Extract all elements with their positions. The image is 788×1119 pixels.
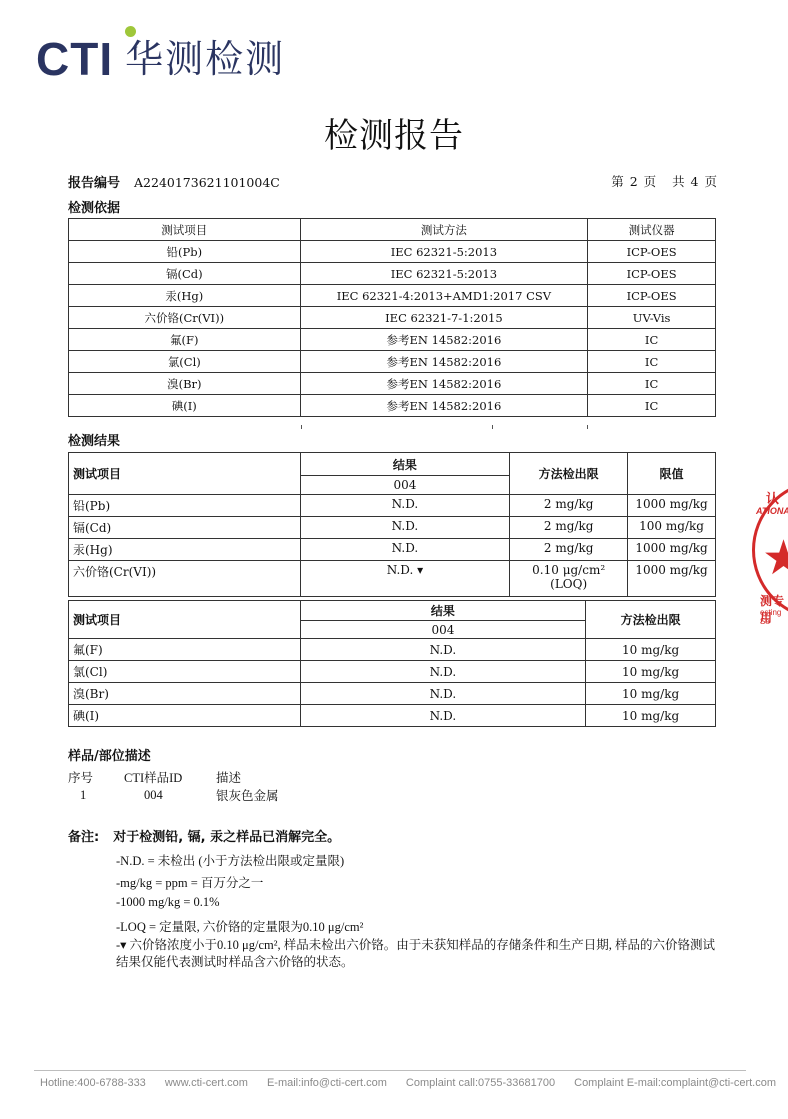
result-limit: 100 mg/kg <box>628 517 716 539</box>
tick-mark <box>492 425 493 429</box>
page-info: 第 2 页 共 4 页 <box>611 172 718 190</box>
notes-header: 备注: 对于检测铅, 镉, 汞之样品已消解完全。 <box>68 826 716 845</box>
sample-list: 序号 CTI样品ID 描述 1 004 银灰色金属 <box>68 768 416 804</box>
header-item: 测试项目 <box>69 601 301 639</box>
table-row: 铅(Pb)N.D.2 mg/kg1000 mg/kg <box>69 495 716 517</box>
notes-label: 备注: <box>68 826 99 845</box>
result-item: 氯(Cl) <box>69 661 301 683</box>
note-line: -N.D. = 未检出 (小于方法检出限或定量限) <box>116 851 716 867</box>
result-item: 碘(I) <box>69 705 301 727</box>
table-row: 镉(Cd)N.D.2 mg/kg100 mg/kg <box>69 517 716 539</box>
basis-instrument: ICP-OES <box>588 263 716 285</box>
basis-table: 测试项目 测试方法 测试仪器 铅(Pb)IEC 62321-5:2013ICP-… <box>68 218 716 417</box>
footer-complaint-email-link[interactable]: Complaint E-mail:complaint@cti-cert.com <box>574 1077 776 1089</box>
notes-headline: 对于检测铅, 镉, 汞之样品已消解完全。 <box>113 826 340 845</box>
sample-header-desc: 描述 <box>216 768 416 786</box>
tick-mark <box>301 425 302 429</box>
result-mdl: 2 mg/kg <box>510 517 628 539</box>
table-row: 氯(Cl)N.D.10 mg/kg <box>69 661 716 683</box>
logo-dot-icon <box>125 26 136 37</box>
result-value: N.D. <box>300 539 510 561</box>
result-item: 镉(Cd) <box>69 517 301 539</box>
table-row: 溴(Br)N.D.10 mg/kg <box>69 683 716 705</box>
result-value: N.D. ▾ <box>300 561 510 597</box>
basis-instrument: IC <box>588 395 716 417</box>
table-row: 碘(I)参考EN 14582:2016IC <box>69 395 716 417</box>
logo-brand: CTI <box>36 36 113 82</box>
stamp-text: ATIONA <box>756 506 788 516</box>
basis-item: 氯(Cl) <box>69 351 301 373</box>
table-row: 六价铬(Cr(VI)) N.D. ▾ 0.10 μg/cm²(LOQ) 1000… <box>69 561 716 597</box>
footer-email-link[interactable]: E-mail:info@cti-cert.com <box>267 1077 387 1089</box>
table-row: 汞(Hg)IEC 62321-4:2013+AMD1:2017 CSVICP-O… <box>69 285 716 307</box>
basis-section-label: 检测依据 <box>68 197 120 216</box>
basis-item: 镉(Cd) <box>69 263 301 285</box>
table-row: 溴(Br)参考EN 14582:2016IC <box>69 373 716 395</box>
results-section-label: 检测结果 <box>68 430 120 449</box>
basis-header-row: 测试项目 测试方法 测试仪器 <box>69 219 716 241</box>
header-mdl: 方法检出限 <box>510 453 628 495</box>
basis-instrument: ICP-OES <box>588 241 716 263</box>
sample-header-id: CTI样品ID <box>124 768 216 786</box>
basis-method: IEC 62321-7-1:2015 <box>300 307 588 329</box>
sample-description: 银灰色金属 <box>216 786 416 804</box>
table-row: 汞(Hg)N.D.2 mg/kg1000 mg/kg <box>69 539 716 561</box>
basis-item: 溴(Br) <box>69 373 301 395</box>
result-item: 溴(Br) <box>69 683 301 705</box>
notes-section: 备注: 对于检测铅, 镉, 汞之样品已消解完全。 -N.D. = 未检出 (小于… <box>68 826 716 971</box>
result-item: 汞(Hg) <box>69 539 301 561</box>
footer-hotline: Hotline:400-6788-333 <box>40 1077 146 1089</box>
result-item: 氟(F) <box>69 639 301 661</box>
basis-method: 参考EN 14582:2016 <box>300 351 588 373</box>
basis-instrument: UV-Vis <box>588 307 716 329</box>
header-result: 结果 <box>300 601 586 621</box>
result-item: 铅(Pb) <box>69 495 301 517</box>
result-mdl: 10 mg/kg <box>586 683 716 705</box>
table-row: 铅(Pb)IEC 62321-5:2013ICP-OES <box>69 241 716 263</box>
results-table-halogens: 测试项目 结果 方法检出限 004 氟(F)N.D.10 mg/kg 氯(Cl)… <box>68 600 716 727</box>
sample-section-label: 样品/部位描述 <box>68 745 151 764</box>
results-header-row: 测试项目 结果 方法检出限 <box>69 601 716 621</box>
footer-complaint-call: Complaint call:0755-33681700 <box>406 1077 555 1089</box>
basis-item: 碘(I) <box>69 395 301 417</box>
basis-header-item: 测试项目 <box>69 219 301 241</box>
result-mdl: 2 mg/kg <box>510 539 628 561</box>
stamp-text: esting Se <box>760 608 788 626</box>
basis-instrument: IC <box>588 351 716 373</box>
basis-method: 参考EN 14582:2016 <box>300 395 588 417</box>
basis-item: 汞(Hg) <box>69 285 301 307</box>
sample-header-index: 序号 <box>68 768 124 786</box>
sample-id: 004 <box>124 788 216 803</box>
results-header-row: 测试项目 结果 方法检出限 限值 <box>69 453 716 476</box>
basis-instrument: IC <box>588 329 716 351</box>
result-value: N.D. <box>300 639 586 661</box>
header-limit: 限值 <box>628 453 716 495</box>
result-mdl: 0.10 μg/cm²(LOQ) <box>510 561 628 597</box>
table-row: 氯(Cl)参考EN 14582:2016IC <box>69 351 716 373</box>
result-value: N.D. <box>300 495 510 517</box>
footer: Hotline:400-6788-333 www.cti-cert.com E-… <box>40 1077 776 1089</box>
result-limit: 1000 mg/kg <box>628 539 716 561</box>
basis-item: 氟(F) <box>69 329 301 351</box>
result-value: N.D. <box>300 705 586 727</box>
report-number-label: 报告编号 <box>68 172 120 191</box>
basis-method: 参考EN 14582:2016 <box>300 373 588 395</box>
report-number-value: A2240173621101004C <box>134 175 280 190</box>
result-mdl: 10 mg/kg <box>586 639 716 661</box>
stamp-text: 认 <box>766 488 779 507</box>
result-value: N.D. <box>300 683 586 705</box>
table-row: 氟(F)N.D.10 mg/kg <box>69 639 716 661</box>
basis-header-instrument: 测试仪器 <box>588 219 716 241</box>
result-mdl-note: (LOQ) <box>510 577 627 591</box>
table-row: 六价铬(Cr(VI))IEC 62321-7-1:2015UV-Vis <box>69 307 716 329</box>
sample-header-row: 序号 CTI样品ID 描述 <box>68 768 416 786</box>
note-line: -LOQ = 定量限, 六价铬的定量限为0.10 μg/cm² <box>116 917 716 933</box>
results-table-metals: 测试项目 结果 方法检出限 限值 004 铅(Pb)N.D.2 mg/kg100… <box>68 452 716 597</box>
company-logo: CTI 华测检测 <box>36 30 285 82</box>
result-limit: 1000 mg/kg <box>628 495 716 517</box>
result-mdl: 10 mg/kg <box>586 661 716 683</box>
header-mdl: 方法检出限 <box>586 601 716 639</box>
basis-method: IEC 62321-5:2013 <box>300 263 588 285</box>
basis-header-method: 测试方法 <box>300 219 588 241</box>
note-paragraph: -▾ 六价铬浓度小于0.10 μg/cm², 样品未检出六价铬。由于未获知样品的… <box>116 937 716 971</box>
header-item: 测试项目 <box>69 453 301 495</box>
header-result: 结果 <box>300 453 510 476</box>
logo-name-cn: 华测检测 <box>125 36 285 82</box>
note-line: -1000 mg/kg = 0.1% <box>116 895 716 911</box>
basis-item: 六价铬(Cr(VI)) <box>69 307 301 329</box>
basis-item: 铅(Pb) <box>69 241 301 263</box>
result-mdl-value: 0.10 μg/cm² <box>510 563 627 577</box>
result-value: N.D. <box>300 661 586 683</box>
tick-mark <box>587 425 588 429</box>
basis-instrument: IC <box>588 373 716 395</box>
footer-divider <box>34 1070 746 1071</box>
document-title: 检测报告 <box>0 108 788 157</box>
result-mdl: 10 mg/kg <box>586 705 716 727</box>
basis-instrument: ICP-OES <box>588 285 716 307</box>
table-row: 氟(F)参考EN 14582:2016IC <box>69 329 716 351</box>
table-row: 镉(Cd)IEC 62321-5:2013ICP-OES <box>69 263 716 285</box>
result-mdl: 2 mg/kg <box>510 495 628 517</box>
result-limit: 1000 mg/kg <box>628 561 716 597</box>
table-row: 碘(I)N.D.10 mg/kg <box>69 705 716 727</box>
list-item: 1 004 银灰色金属 <box>68 786 416 804</box>
sample-index: 1 <box>68 788 124 803</box>
report-number: 报告编号 A2240173621101004C <box>68 172 280 191</box>
result-value: N.D. <box>300 517 510 539</box>
basis-method: IEC 62321-4:2013+AMD1:2017 CSV <box>300 285 588 307</box>
basis-method: IEC 62321-5:2013 <box>300 241 588 263</box>
footer-website-link[interactable]: www.cti-cert.com <box>165 1077 248 1089</box>
result-item: 六价铬(Cr(VI)) <box>69 561 301 597</box>
basis-method: 参考EN 14582:2016 <box>300 329 588 351</box>
header-sample-id: 004 <box>300 476 510 495</box>
header-sample-id: 004 <box>300 621 586 639</box>
note-line: -mg/kg = ppm = 百万分之一 <box>116 873 716 889</box>
